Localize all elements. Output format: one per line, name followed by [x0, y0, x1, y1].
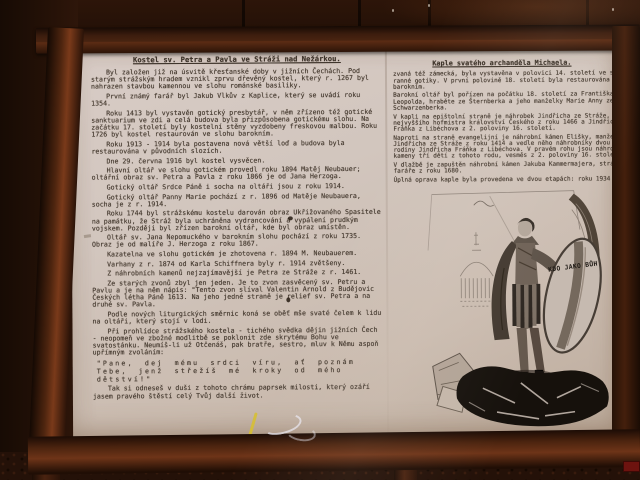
paragraph: Byl založen již na úsvitě křesťanské dob…	[91, 68, 383, 91]
frame-right-bar	[612, 26, 640, 456]
paragraph: zvaná též zámecká, byla vystavěna v polo…	[393, 70, 625, 90]
left-page: Kostel sv. Petra a Pavla ve Stráži nad N…	[91, 55, 385, 403]
paragraph: Hlavní oltář ve slohu gotickém provedl r…	[92, 166, 384, 182]
paragraph: Podle nových liturgických směrnic koná s…	[92, 310, 384, 326]
dust-speck	[392, 9, 394, 12]
sketch-squiggle	[474, 201, 494, 206]
paragraph: Při prohlídce strážského kostela - tiché…	[93, 327, 385, 357]
paragraph: Gotický oltář Srdce Páně i socha na oltá…	[92, 183, 384, 192]
dust-speck	[428, 4, 430, 7]
paragraph: Dne 29. června 1916 byl kostel vysvěcen.	[91, 156, 383, 165]
left-page-title: Kostel sv. Petra a Pavla ve Stráži nad N…	[91, 55, 383, 64]
paragraph: Z náhrobních kamenů nejzajímavější je Pe…	[92, 269, 384, 278]
paper-sheet: Kostel sv. Petra a Pavla ve Stráži nad N…	[71, 45, 625, 440]
paragraph: Kazatelna ve slohu gotickém je zhotovena…	[92, 250, 384, 259]
archangel-michael-illustration: KDO JAKO BŮH	[424, 187, 621, 430]
paragraph: Ze starých zvonů zbyl jen jeden. Je to z…	[92, 279, 384, 309]
print-border	[428, 191, 580, 251]
red-watermark	[623, 461, 640, 472]
paragraph: Oltář sv. Jana Nepomuckého v barokním sl…	[92, 233, 384, 249]
frame-top-bar	[36, 24, 640, 53]
paragraph: Roku 1413 byl vystavěn gotický presbytář…	[91, 109, 383, 139]
ink-blot	[288, 216, 293, 220]
frame-bottom-bar	[28, 429, 640, 474]
spear-sketch	[490, 196, 517, 246]
paper-crease	[385, 47, 389, 439]
paragraph: Roku 1744 byl strážskému kostelu darován…	[92, 209, 384, 232]
paragraph: V dlažbě je zapuštěn náhrobní kámen Jaku…	[394, 161, 626, 175]
right-page-title: Kaple svatého archanděla Michaela.	[393, 59, 625, 67]
framed-notice-photo: Kostel sv. Petra a Pavla ve Stráži nad N…	[0, 0, 640, 480]
ink-blot	[286, 297, 290, 302]
paragraph: Barokní oltář byl pořízen na počátku 18.…	[393, 92, 625, 112]
right-page: Kaple svatého archanděla Michaela. zvaná…	[393, 59, 625, 186]
paragraph: Gotický oltář Panny Marie pochází z r. 1…	[92, 192, 384, 208]
paragraph: Tak si odneseš v duši z tohoto chrámu pa…	[93, 384, 385, 400]
paragraph: První známý farář byl Jakub Vlkův z Kapl…	[91, 92, 383, 108]
pencil-mark	[84, 234, 91, 238]
paragraph: Úplná oprava kaple byla provedena ve dvo…	[394, 176, 626, 184]
paragraph: Roku 1913 - 1914 byla postavena nová vět…	[91, 140, 383, 156]
paragraph: Naproti na straně evangelijní je náhrobn…	[393, 134, 625, 161]
prayer-paragraph: "Pane, dej mému srdci víru, ať poznám Te…	[97, 358, 385, 384]
dragon-mass	[456, 366, 609, 427]
paragraph: V kapli na epištolní straně je náhrobek …	[393, 113, 625, 133]
dust-speck	[612, 8, 614, 11]
church-dome-sketch	[460, 232, 493, 306]
